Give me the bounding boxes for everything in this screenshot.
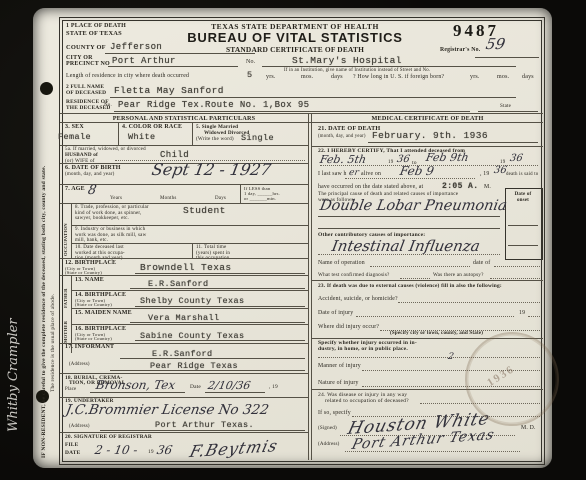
blank-line (356, 316, 514, 317)
attended-to-value: Feb 9th (425, 151, 470, 164)
place-of-death-label: 1 PLACE OF DEATH (66, 23, 126, 29)
dob-label: 6. DATE OF BIRTH (65, 165, 121, 171)
undertaker-address-value: Port Arthur Texas. (155, 420, 254, 430)
industry-label-1: 9. Industry or business in which (75, 227, 145, 232)
state-suffix-label: State (500, 104, 511, 109)
blank-line (478, 111, 538, 112)
blank-line (130, 288, 305, 289)
blank-line (114, 111, 470, 112)
blank-line (345, 178, 475, 179)
field-divider (192, 243, 193, 258)
death-said-label: death is said to (506, 172, 538, 177)
registrar-no-value: 59 (484, 35, 506, 53)
blank-line (105, 53, 255, 54)
county-label: COUNTY OF (66, 44, 106, 51)
occupation-side-label: OCCUPATION (63, 223, 68, 256)
registrar-no-label: Registrar's No. (440, 47, 480, 53)
accident-label: Accident, suicide, or homicide? (318, 296, 398, 302)
burial-date-value: 2/10/36 (207, 379, 252, 392)
field-divider (118, 122, 119, 145)
md-label: M. D. (521, 425, 536, 431)
blank-line (130, 322, 305, 323)
external-causes-label: 23. If death was due to external causes … (318, 283, 502, 289)
file-year-value: 36 (156, 443, 174, 457)
blank-line (318, 228, 500, 229)
blank-line (508, 245, 538, 246)
last-saw-date-value: Feb 9 (399, 164, 435, 178)
race-label: 4. COLOR OR RACE (122, 124, 182, 130)
blank-line (508, 225, 538, 226)
age-less-label-3: or _______min. (244, 196, 276, 201)
field-divider (240, 184, 241, 203)
institution-value: St.Mary's Hospital (292, 55, 402, 66)
burial-19-label: , 19 (269, 384, 278, 390)
injury-19-label: 19 (519, 310, 525, 316)
microfilm-scan: Whitby Crampler IF NON-RESIDENT, be care… (0, 0, 586, 480)
spouse-label-1: 5a. If married, widowed, or divorced (65, 147, 146, 152)
residence-value: Pear Ridge Tex.Route No. 1,Box 95 (118, 100, 309, 110)
principal-cause-value: Double Lobar Pneumonia (319, 198, 509, 214)
blank-line (398, 302, 540, 303)
occurred-label: have occurred on the date stated above, … (318, 184, 423, 190)
undertaker-value: J.C.Brommier License No 322 (65, 402, 271, 418)
maiden-name-label: 15. MAIDEN NAME (75, 310, 132, 316)
contributory-value: Intestinal Influenza (330, 237, 481, 255)
field-divider (192, 122, 193, 145)
dob-sublabel: (month, day, and year) (65, 172, 114, 177)
days-label: days (331, 74, 343, 80)
column-divider (311, 113, 312, 460)
operation-label: Name of operation (318, 260, 365, 266)
blank-line (108, 66, 238, 67)
row-line (312, 280, 543, 281)
file-date-value: 2 - 10 - (94, 443, 139, 457)
specify-label-2: dustry, in home, or in public place. (318, 346, 408, 352)
medical-section-title: MEDICAL CERTIFICATE OF DEATH (312, 115, 543, 122)
blank-line (345, 451, 520, 452)
last-saw-label: I last saw h (318, 171, 347, 177)
side-label-divider (71, 203, 72, 258)
residence-length-value: 5 (247, 70, 253, 80)
blank-line (110, 97, 516, 98)
where-injury-sublabel: (Specify city or town, county, and State… (390, 331, 483, 336)
file-date-label: DATE (65, 450, 80, 456)
where-injury-label: Where did injury occur? (318, 324, 379, 330)
date-of-death-sublabel: (month, day, and year) (318, 134, 366, 139)
mother-bp-sub-2: (State or Country) (75, 336, 112, 341)
nature-injury-label: Nature of injury (318, 380, 359, 386)
blank-line (110, 370, 305, 371)
blank-line (205, 392, 265, 393)
mos-label: mos. (301, 74, 313, 80)
last-19-label: , 19 (480, 171, 490, 177)
age-days-label: Days (215, 196, 226, 201)
blank-line (262, 66, 516, 67)
total-time-label-2: (years) spent in (196, 251, 230, 256)
city-value: Port Arthur (112, 56, 176, 66)
punch-hole-top (40, 82, 53, 95)
film-margin-handwriting: Whitby Crampler (6, 318, 21, 432)
trade-value: Student (183, 205, 226, 216)
age-label: 7. AGE (65, 186, 85, 192)
related-label-2: related to occupation of deceased? (325, 398, 409, 404)
signed-label: (Signed) (318, 426, 337, 431)
section-divider-line (60, 122, 543, 123)
days-label-2: days (522, 74, 534, 80)
operation-date-label: date of (473, 260, 490, 266)
onset-label-2: onset (505, 198, 541, 203)
date-of-death-value: February. 9th. 1936 (372, 130, 488, 141)
blank-line (135, 306, 305, 307)
undertaker-address-label: (Address) (69, 424, 90, 429)
bureau-title: BUREAU OF VITAL STATISTICS (150, 30, 440, 45)
blank-line (368, 142, 538, 143)
informant-address-label: (Address) (69, 362, 90, 367)
blank-line (100, 430, 305, 431)
last-worked-label-1: 10. Date deceased last (75, 245, 124, 250)
blank-line (120, 358, 305, 359)
blank-line (318, 216, 500, 217)
race-value: White (128, 132, 156, 142)
father-side-label: FATHER (63, 288, 68, 308)
precinct-label: PRECINCT NO (66, 61, 110, 67)
if-so-label: If so, specify (318, 410, 351, 416)
mos-label-2: mos. (497, 74, 509, 80)
foreign-born-label: ? How long in U. S. if foreign born? (353, 74, 444, 80)
file-19-label: 19 (148, 449, 154, 455)
county-value: Jefferson (110, 42, 162, 52)
industry-label-2: work was done, as silk mill, saw (75, 233, 146, 238)
birthplace-value: Browndell Texas (140, 262, 232, 273)
blank-line (90, 392, 185, 393)
informant-label: 17. INFORMANT (65, 344, 114, 350)
row-line (312, 146, 543, 147)
blank-line (400, 278, 430, 279)
blank-line (528, 316, 540, 317)
street-no-label: No. (246, 59, 255, 65)
her-handwriting: er (348, 168, 359, 178)
registrar-signature-label: 20. SIGNATURE OF REGISTRAR (65, 434, 152, 440)
blank-line (494, 266, 540, 267)
onset-label-1: Date of (505, 192, 541, 197)
trade-label-2: kind of work done, as spinner, (75, 211, 141, 216)
burial-place-label: Place (65, 387, 76, 392)
blank-line (318, 254, 500, 255)
residence-length-label: Length of residence in city where death … (66, 73, 189, 79)
full-name-value: Fletta May Sanford (114, 85, 224, 96)
father-birthplace-value: Shelby County Texas (140, 296, 245, 306)
alive-on-label: alive on (361, 171, 381, 177)
blank-line (475, 57, 539, 58)
row-line (60, 203, 309, 204)
personal-section-title: PERSONAL AND STATISTICAL PARTICULARS (60, 115, 308, 122)
mother-side-label: MOTHER (63, 321, 68, 343)
trade-label-1: 8. Trade, profession, or particular (75, 205, 149, 210)
sex-label: 3. SEX (65, 124, 84, 130)
sex-value: Female (58, 132, 91, 142)
spouse-value: Child (160, 150, 189, 160)
to-year-value: 36 (509, 153, 524, 164)
age-months-label: Months (160, 196, 176, 201)
burial-place-value: Bronson, Tex (95, 378, 177, 392)
test-label: What test confirmed diagnosis? (318, 272, 390, 278)
time-m-label: M. (484, 184, 491, 190)
dob-value: Sept 12 - 1927 (150, 160, 272, 179)
file-label: FILE (65, 442, 78, 448)
margin-nonresident-note: IF NON-RESIDENT, be careful to give the … (41, 166, 47, 458)
father-name-label: 13. NAME (75, 277, 104, 283)
total-time-label-1: 11. Total time (196, 245, 226, 250)
burial-date-label: Date (190, 384, 201, 390)
trade-label-3: sawyer, bookkeeper, etc. (75, 216, 129, 221)
blank-line (135, 340, 305, 341)
blank-line (370, 266, 470, 267)
autopsy-label: Was there an autopsy? (433, 272, 484, 278)
row-line (71, 243, 309, 244)
manner-injury-label: Manner of injury (318, 363, 361, 369)
injury-date-label: Date of injury (318, 310, 353, 316)
age-years-label: Years (110, 196, 122, 201)
state-of-texas-label: STATE OF TEXAS (66, 30, 122, 37)
margin-abode-note: The residence is the usual place of abod… (50, 294, 56, 392)
marital-value: Single (241, 133, 274, 143)
time-of-death-value: 2:05 A. (442, 182, 478, 191)
last-worked-label-2: worked at this occupa- (75, 251, 125, 256)
yrs-label-2: yrs. (470, 74, 480, 80)
blank-line (490, 278, 540, 279)
full-name-label-2: OF DECEASED (66, 90, 106, 96)
row-line (71, 225, 309, 226)
received-date-stamp (465, 332, 559, 426)
residence-no-label: No. (104, 103, 112, 108)
yrs-label: yrs. (266, 74, 276, 80)
institution-note: If in an Institution, give name of Insti… (284, 68, 430, 73)
marital-label-3: (Write the word) (196, 136, 234, 142)
column-divider (308, 113, 309, 460)
blank-line (135, 273, 305, 274)
physician-address-label: (Address) (318, 442, 340, 447)
father-bp-sub-2: (State or Country) (75, 302, 112, 307)
